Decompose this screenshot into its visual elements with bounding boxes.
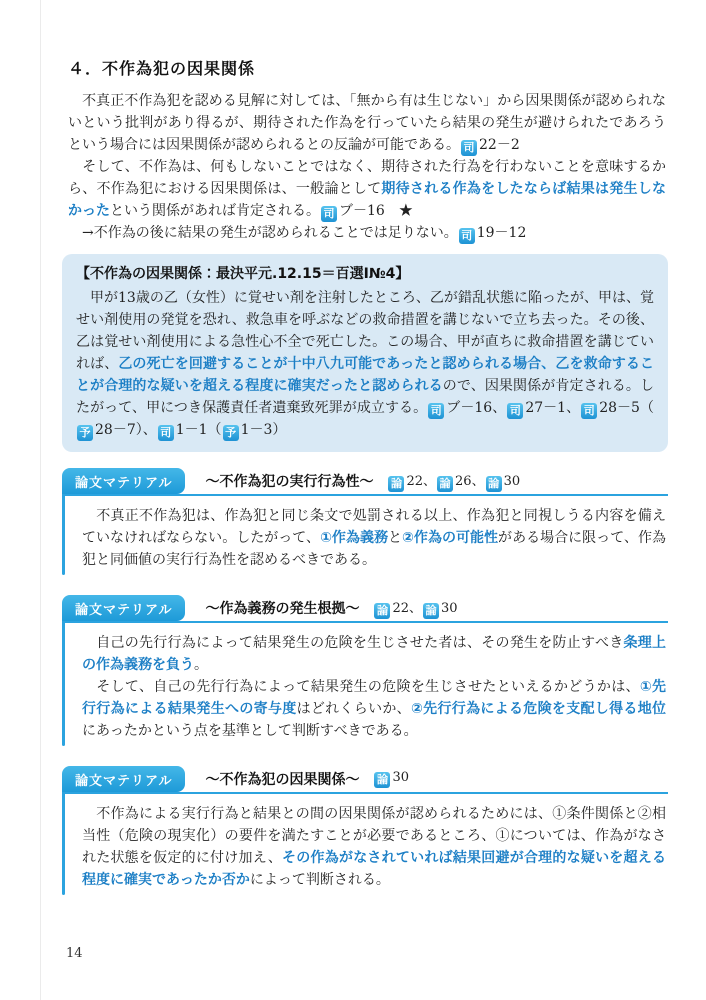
exam-year-refs: 論22、論30 [373,597,457,619]
ronbun-exam-badge: 論 [374,603,390,619]
ronbun-material-body: 不作為による実行行為と結果との間の因果関係が認められるためには、①条件関係と②相… [62,794,668,895]
ronbun-material-section-1: 論文マテリアル ～不作為犯の実行行為性～ 論22、論26、論30 不真正不作為犯… [62,468,668,575]
highlighted-key-phrase: 期待される作為をしたならば結果は発生しなかった [68,181,666,219]
section-heading: ４．不作為犯の因果関係 [68,56,666,79]
ronbun-material-body: 不真正不作為犯は、作為犯と同じ条文で処罰される以上、作為犯と同視しうる内容を備え… [62,496,668,575]
exam-year-refs: 論30 [373,770,409,788]
highlighted-key-phrase: ②先行行為による危険を支配し得る地位 [411,701,666,717]
shi-exam-badge: 司 [158,425,174,441]
shi-exam-badge: 司 [507,403,523,419]
case-precedent-box: 【不作為の因果関係：最決平元.12.15＝百選Ⅰ№4】 甲が13歳の乙（女性）に… [62,254,668,452]
material-paragraph: 自己の先行行為によって結果発生の危険を生じさせた者は、その発生を防止すべき条理上… [82,632,666,676]
ronbun-material-tab: 論文マテリアル [62,468,185,494]
ronbun-material-section-3: 論文マテリアル ～不作為犯の因果関係～ 論30 不作為による実行行為と結果との間… [62,766,668,895]
shi-exam-badge: 司 [459,228,475,244]
ronbun-material-title: ～不作為犯の実行行為性～ [205,471,373,491]
highlighted-key-phrase: ②作為の可能性 [402,530,498,546]
intro-paragraph-2: そして、不作為は、何もしないことではなく、期待された行為を行わないことを意味する… [68,156,666,222]
ronbun-material-header: 論文マテリアル ～不作為犯の因果関係～ 論30 [62,766,668,794]
ronbun-material-title: ～不作為犯の因果関係～ [205,769,359,789]
ronbun-exam-badge: 論 [423,603,439,619]
highlighted-key-phrase: その作為がなされていれば結果回避が合理的な疑いを超える程度に確実であったか否か [82,850,666,888]
material-paragraph: 不作為による実行行為と結果との間の因果関係が認められるためには、①条件関係と②相… [82,803,666,891]
material-paragraph: そして、自己の先行行為によって結果発生の危険を生じさせたといえるかどうかは、①先… [82,676,666,742]
case-box-title: 【不作為の因果関係：最決平元.12.15＝百選Ⅰ№4】 [76,263,654,285]
ronbun-material-section-2: 論文マテリアル ～作為義務の発生根拠～ 論22、論30 自己の先行行為によって結… [62,595,668,746]
yobi-exam-badge: 予 [223,425,239,441]
shi-exam-badge: 司 [581,403,597,419]
ronbun-material-title: ～作為義務の発生根拠～ [205,598,359,618]
ronbun-exam-badge: 論 [374,772,390,788]
textbook-page: ４．不作為犯の因果関係 不真正不作為犯を認める見解に対しては、「無から有は生じな… [0,0,706,1000]
exam-year-refs: 論22、論26、論30 [387,470,520,492]
highlighted-key-phrase: ①作為義務 [320,530,388,546]
page-number: 14 [66,946,83,961]
shi-exam-badge: 司 [321,206,337,222]
ronbun-exam-badge: 論 [486,476,502,492]
yobi-exam-badge: 予 [77,425,93,441]
page-spine-line [40,0,41,1000]
ronbun-material-header: 論文マテリアル ～不作為犯の実行行為性～ 論22、論26、論30 [62,468,668,496]
arrow-note: →不作為の後に結果の発生が認められることでは足りない。司19－12 [68,222,666,244]
ronbun-exam-badge: 論 [437,476,453,492]
ronbun-material-tab: 論文マテリアル [62,595,185,621]
ronbun-material-tab: 論文マテリアル [62,766,185,792]
page-content: ４．不作為犯の因果関係 不真正不作為犯を認める見解に対しては、「無から有は生じな… [68,56,666,915]
ronbun-material-body: 自己の先行行為によって結果発生の危険を生じさせた者は、その発生を防止すべき条理上… [62,623,668,746]
material-paragraph: 不真正不作為犯は、作為犯と同じ条文で処罰される以上、作為犯と同視しうる内容を備え… [82,505,666,571]
shi-exam-badge: 司 [428,403,444,419]
highlighted-key-phrase: 乙の死亡を回避することが十中八九可能であったと認められる場合、乙を救命することが… [76,356,654,394]
ronbun-exam-badge: 論 [388,476,404,492]
case-box-body: 甲が13歳の乙（女性）に覚せい剤を注射したところ、乙が錯乱状態に陥ったが、甲は、… [76,287,654,441]
highlighted-key-phrase: 条理上の作為義務を負う [82,635,666,673]
shi-exam-badge: 司 [461,140,477,156]
ronbun-material-header: 論文マテリアル ～作為義務の発生根拠～ 論22、論30 [62,595,668,623]
intro-paragraph-1: 不真正不作為犯を認める見解に対しては、「無から有は生じない」から因果関係が認めら… [68,90,666,156]
